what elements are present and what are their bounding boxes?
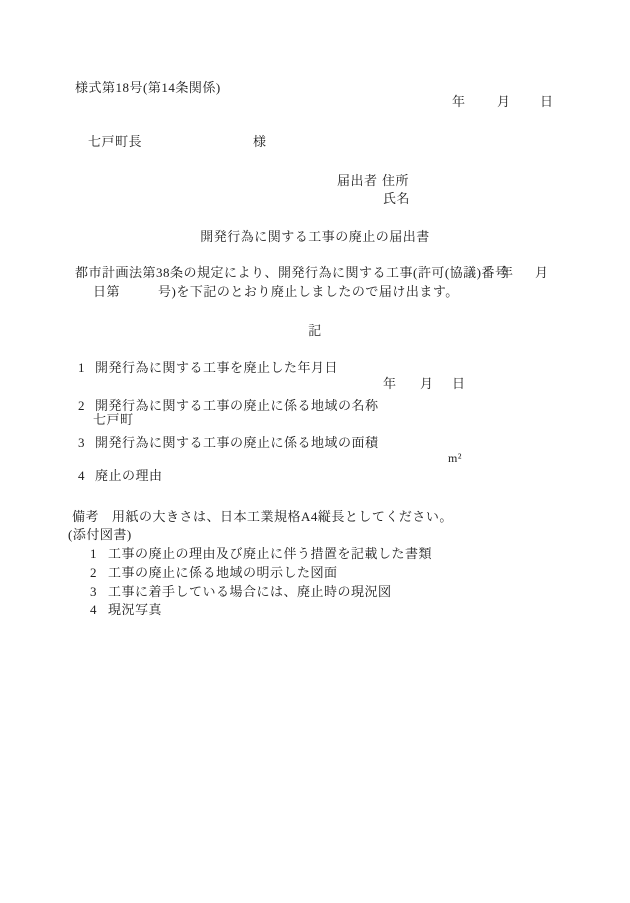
addressee-name: 七戸町長: [88, 134, 142, 149]
body-line1: 都市計画法第38条の規定により、開発行為に関する工事(許可(協議)番号: [75, 265, 509, 280]
item-4-number: 4: [78, 468, 85, 483]
item-3-number: 3: [78, 435, 85, 450]
item-3-area-unit: m²: [448, 451, 462, 466]
body-line1-year-label: 年: [500, 265, 514, 280]
declarant-label: 届出者: [337, 173, 378, 188]
item-1-text: 開発行為に関する工事を廃止した年月日: [95, 360, 338, 375]
remarks-text: 用紙の大きさは、日本工業規格A4縦長としてください。: [112, 509, 453, 524]
addressee-honorific: 様: [253, 134, 267, 149]
header-date-day-label: 日: [540, 94, 554, 109]
declarant-name-label: 氏名: [383, 191, 410, 206]
body-line2-rest: 号)を下記のとおり廃止しましたので届け出ます。: [158, 284, 459, 299]
header-date-month-label: 月: [497, 94, 511, 109]
attachment-3-text: 工事に着手している場合には、廃止時の現況図: [108, 584, 392, 599]
declarant-address-label: 住所: [382, 173, 409, 188]
document-page: 様式第18号(第14条関係) 年 月 日 七戸町長 様 届出者 住所 氏名 開発…: [0, 0, 630, 903]
item-1-number: 1: [78, 360, 85, 375]
item-1-date-day-label: 日: [452, 376, 466, 391]
item-4-text: 廃止の理由: [95, 468, 163, 483]
item-2-value: 七戸町: [93, 412, 134, 427]
attachment-1-text: 工事の廃止の理由及び廃止に伴う措置を記載した書類: [108, 546, 432, 561]
attachment-2-number: 2: [90, 565, 97, 580]
remarks-label: 備考: [72, 509, 99, 524]
header-date-year-label: 年: [452, 94, 466, 109]
item-2-number: 2: [78, 398, 85, 413]
record-marker: 記: [0, 323, 630, 338]
document-title: 開発行為に関する工事の廃止の届出書: [0, 229, 630, 244]
attachment-4-number: 4: [90, 602, 97, 617]
item-3-text: 開発行為に関する工事の廃止に係る地域の面積: [95, 435, 379, 450]
item-1-date-month-label: 月: [420, 376, 434, 391]
item-1-date-year-label: 年: [383, 376, 397, 391]
item-2-text: 開発行為に関する工事の廃止に係る地域の名称: [95, 398, 379, 413]
body-line1-month-label: 月: [535, 265, 549, 280]
form-number: 様式第18号(第14条関係): [75, 80, 221, 95]
attachments-header: (添付図書): [68, 527, 132, 542]
attachment-4-text: 現況写真: [108, 602, 162, 617]
attachment-2-text: 工事の廃止に係る地域の明示した図面: [108, 565, 338, 580]
attachment-3-number: 3: [90, 584, 97, 599]
attachment-1-number: 1: [90, 546, 97, 561]
body-line2-prefix: 日第: [93, 284, 120, 299]
